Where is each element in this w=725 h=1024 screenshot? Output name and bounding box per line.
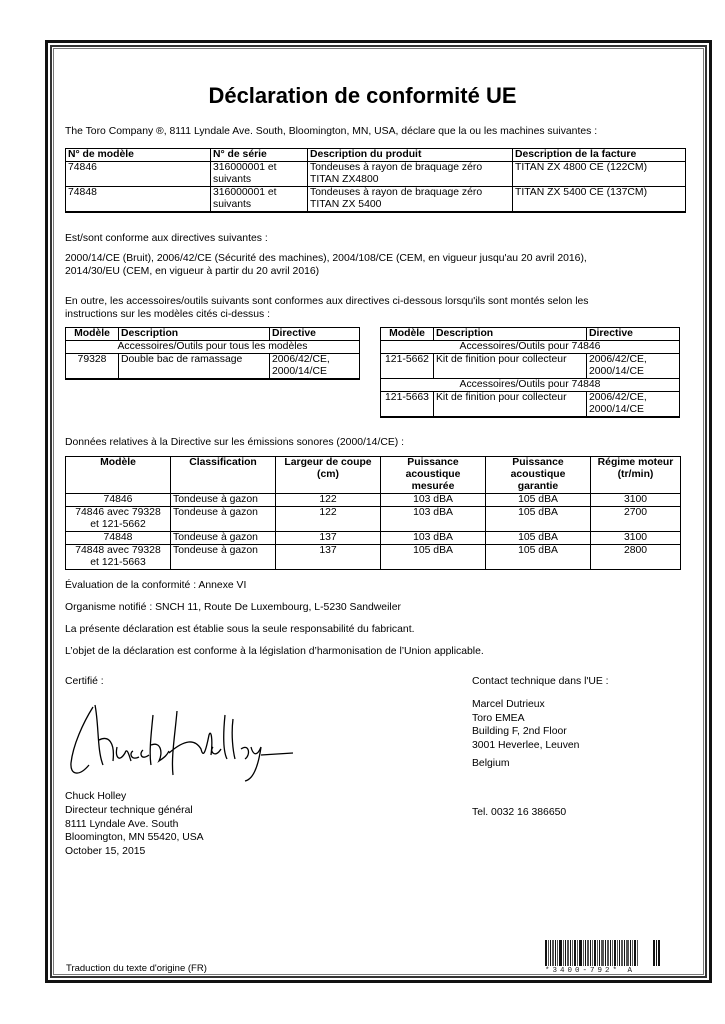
table-row: 121-5662 Kit de finition pour collecteur… [381,354,680,379]
cell-width: 122 [276,494,381,507]
header-directive: Directive [587,328,680,341]
header-description: Description [119,328,270,341]
cell-rpm: 3100 [591,532,681,545]
group-label: Accessoires/Outils pour 74846 [381,341,680,354]
cell-model: 74846 avec 79328et 121-5662 [66,507,171,532]
cell-serial: 316000001 etsuivants [211,162,308,187]
cell-model: 74848 avec 79328et 121-5663 [66,545,171,570]
group-row: Accessoires/Outils pour 74846 [381,341,680,354]
directives-line-2: 2014/30/EU (CEM, en vigueur à partir du … [65,265,319,278]
cell-classification: Tondeuse à gazon [171,494,276,507]
notified-body: Organisme notifié : SNCH 11, Route De Lu… [65,601,401,614]
directives-intro: Est/sont conforme aux directives suivant… [65,232,268,245]
cell-measured: 105 dBA [381,545,486,570]
contact-name: Marcel Dutrieux [472,698,579,712]
noise-emissions-table: ModèleClassificationLargeur de coupe(cm)… [65,456,681,570]
cell-width: 122 [276,507,381,532]
header-invoice: Description de la facture [513,149,686,162]
cell-measured: 103 dBA [381,532,486,545]
header-serial: N° de série [211,149,308,162]
cell-directive: 2006/42/CE,2000/14/CE [270,354,360,380]
contact-company: Toro EMEA [472,712,579,726]
signatory-block: Chuck Holley Directeur technique général… [65,790,204,859]
accessories-table-all-models: Modèle Description Directive Accessoires… [65,327,360,380]
accessories-intro-line-1: En outre, les accessoires/outils suivant… [65,295,588,308]
group-row: Accessoires/Outils pour 74848 [381,379,680,392]
cell-directive: 2006/42/CE,2000/14/CE [587,354,680,379]
cell-invoice: TITAN ZX 5400 CE (137CM) [513,187,686,213]
directives-line-1: 2000/14/CE (Bruit), 2006/42/CE (Sécurité… [65,252,587,265]
cell-measured: 103 dBA [381,507,486,532]
translation-note: Traduction du texte d'origine (FR) [66,962,207,975]
accessories-table-per-model: Modèle Description Directive Accessoires… [380,327,680,418]
cell-serial: 316000001 etsuivants [211,187,308,213]
group-row: Accessoires/Outils pour tous les modèles [66,341,360,354]
cell-rpm: 3100 [591,494,681,507]
cell-product: Tondeuses à rayon de braquage zéroTITAN … [308,187,513,213]
table-header-row: ModèleClassificationLargeur de coupe(cm)… [66,457,681,494]
table-row: 74846 avec 79328et 121-5662Tondeuse à ga… [66,507,681,532]
contact-country: Belgium [472,757,510,770]
table-row: 74846Tondeuse à gazon122103 dBA105 dBA31… [66,494,681,507]
signatory-address-1: 8111 Lyndale Ave. South [65,818,204,832]
cell-guaranteed: 105 dBA [486,507,591,532]
noise-intro: Données relatives à la Directive sur les… [65,436,404,449]
cell-classification: Tondeuse à gazon [171,507,276,532]
table-row: 74848Tondeuse à gazon137103 dBA105 dBA31… [66,532,681,545]
cell-guaranteed: 105 dBA [486,532,591,545]
contact-label: Contact technique dans l'UE : [472,675,609,688]
signatory-name: Chuck Holley [65,790,204,804]
cell-model: 74846 [66,162,211,187]
header-col-3: Puissanceacoustiquemesurée [381,457,486,494]
cell-model: 121-5663 [381,392,434,418]
cell-model: 121-5662 [381,354,434,379]
machines-table: N° de modèle N° de série Description du … [65,148,686,213]
barcode: *3400-792* A [545,940,675,978]
intro-text: The Toro Company ®, 8111 Lyndale Ave. So… [65,125,597,138]
barcode-text: *3400-792* A [545,967,675,975]
cell-rpm: 2700 [591,507,681,532]
signatory-date: October 15, 2015 [65,845,204,859]
table-header-row: Modèle Description Directive [381,328,680,341]
cell-description: Double bac de ramassage [119,354,270,380]
header-col-1: Classification [171,457,276,494]
header-col-5: Régime moteur(tr/min) [591,457,681,494]
signatory-role: Directeur technique général [65,804,204,818]
cell-model: 79328 [66,354,119,380]
cell-guaranteed: 105 dBA [486,494,591,507]
table-row: 79328 Double bac de ramassage 2006/42/CE… [66,354,360,380]
signature-image [65,695,295,790]
cell-product: Tondeuses à rayon de braquage zéroTITAN … [308,162,513,187]
group-label: Accessoires/Outils pour 74848 [381,379,680,392]
table-header-row: N° de modèle N° de série Description du … [66,149,686,162]
cell-width: 137 [276,545,381,570]
cell-guaranteed: 105 dBA [486,545,591,570]
header-model: Modèle [381,328,434,341]
accessories-intro-line-2: instructions sur les modèles cités ci-de… [65,308,270,321]
cell-description: Kit de finition pour collecteur [434,392,587,418]
header-model: N° de modèle [66,149,211,162]
table-row: 74848 316000001 etsuivants Tondeuses à r… [66,187,686,213]
contact-city: 3001 Heverlee, Leuven [472,739,579,753]
header-model: Modèle [66,328,119,341]
table-row: 121-5663 Kit de finition pour collecteur… [381,392,680,418]
group-label: Accessoires/Outils pour tous les modèles [66,341,360,354]
cell-invoice: TITAN ZX 4800 CE (122CM) [513,162,686,187]
table-header-row: Modèle Description Directive [66,328,360,341]
cell-classification: Tondeuse à gazon [171,532,276,545]
cell-classification: Tondeuse à gazon [171,545,276,570]
signatory-address-2: Bloomington, MN 55420, USA [65,831,204,845]
cell-rpm: 2800 [591,545,681,570]
conformity-assessment: Évaluation de la conformité : Annexe VI [65,579,246,592]
barcode-bars [545,940,675,966]
header-description: Description [434,328,587,341]
cell-directive: 2006/42/CE,2000/14/CE [587,392,680,418]
table-row: 74846 316000001 etsuivants Tondeuses à r… [66,162,686,187]
cell-model: 74846 [66,494,171,507]
legislation-statement: L’objet de la déclaration est conforme à… [65,645,484,658]
cell-width: 137 [276,532,381,545]
header-product: Description du produit [308,149,513,162]
document-title: Déclaration de conformité UE [0,83,725,109]
header-directive: Directive [270,328,360,341]
cell-model: 74848 [66,187,211,213]
cell-description: Kit de finition pour collecteur [434,354,587,379]
responsibility-statement: La présente déclaration est établie sous… [65,623,414,636]
contact-block: Marcel Dutrieux Toro EMEA Building F, 2n… [472,698,579,752]
header-col-4: Puissanceacoustiquegarantie [486,457,591,494]
contact-building: Building F, 2nd Floor [472,725,579,739]
certified-label: Certifié : [65,675,104,688]
header-col-0: Modèle [66,457,171,494]
cell-model: 74848 [66,532,171,545]
cell-measured: 103 dBA [381,494,486,507]
table-row: 74848 avec 79328et 121-5663Tondeuse à ga… [66,545,681,570]
contact-tel: Tel. 0032 16 386650 [472,806,566,819]
header-col-2: Largeur de coupe(cm) [276,457,381,494]
